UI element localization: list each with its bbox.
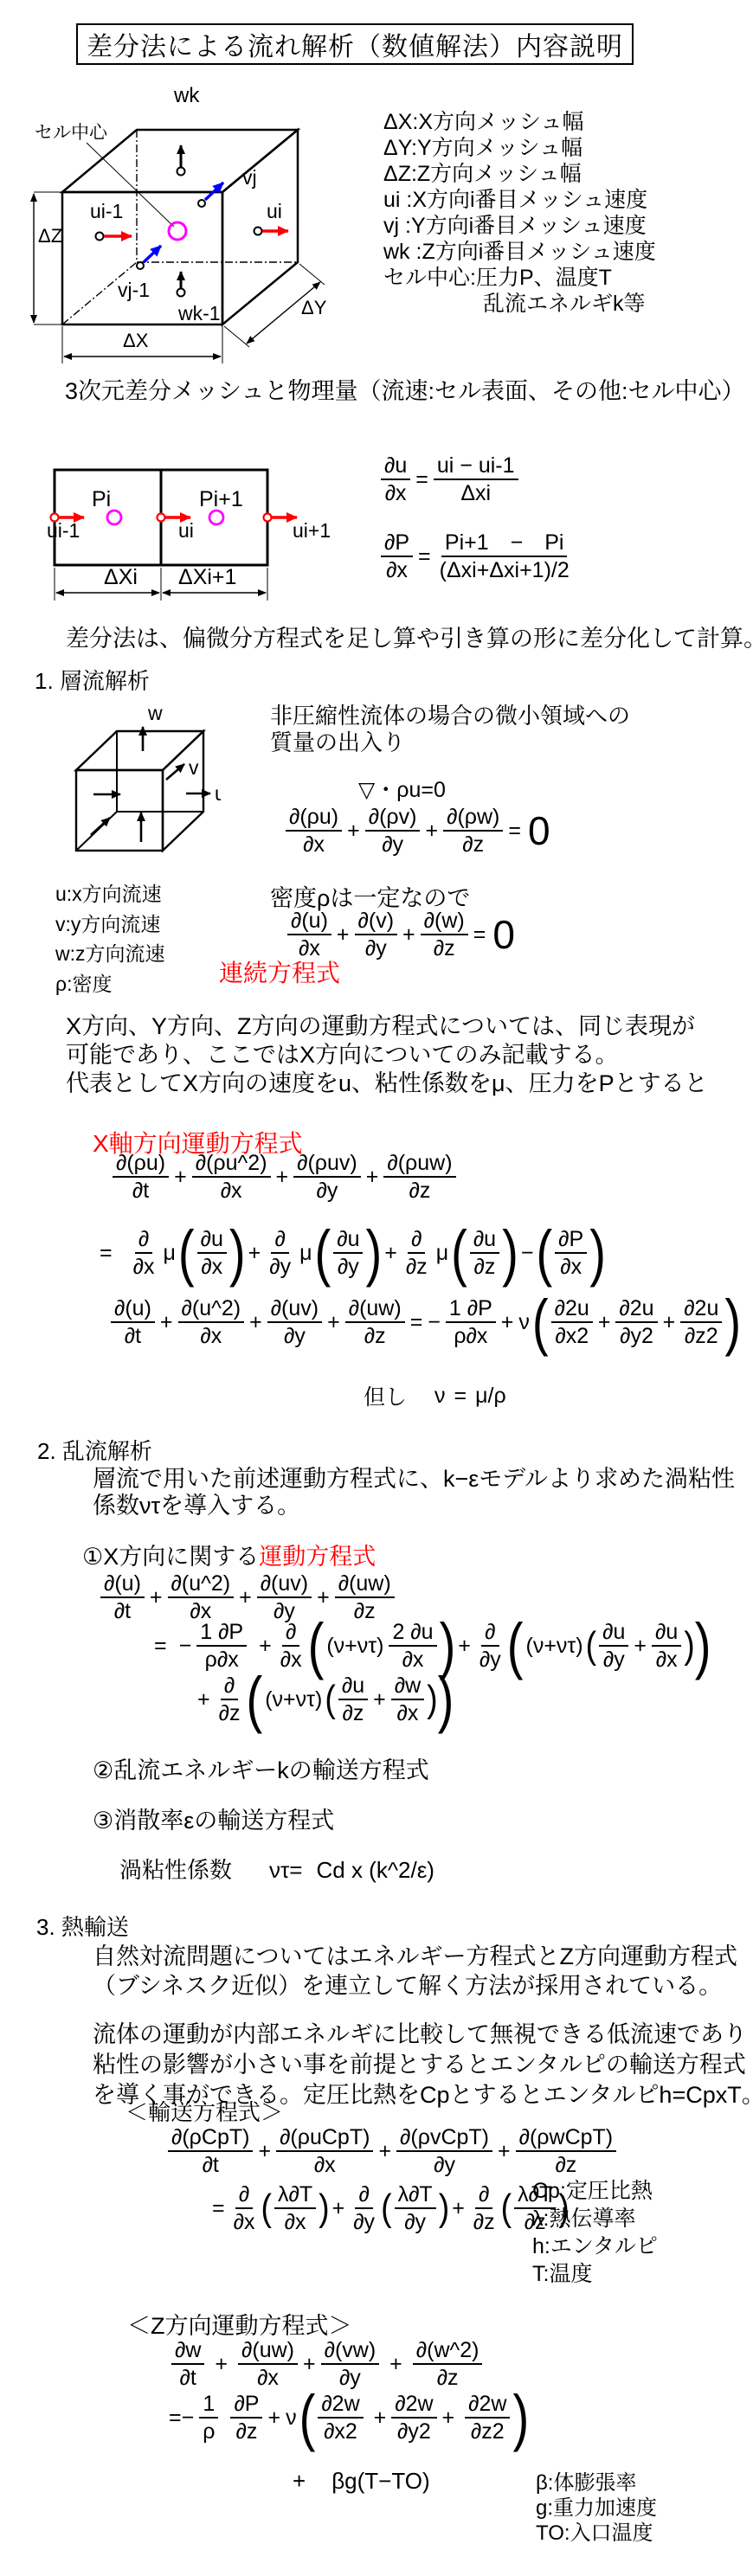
eq-numerator: λ∂T xyxy=(395,2182,436,2209)
eq-numerator: ∂(u^2) xyxy=(178,1296,245,1323)
eddy-viscosity-row: 渦粘性係数 ντ=Cd x (k^2/ε) xyxy=(119,1857,437,1884)
eq-denominator: ∂y xyxy=(362,935,390,960)
eq-token: ∂(uw)∂z xyxy=(345,1296,405,1348)
eq-token: ∂∂x xyxy=(277,1620,306,1672)
para-line: 可能であり、ここではX方向についてのみ記載する。 xyxy=(66,1041,708,1070)
eq-denominator: ∂x xyxy=(399,1647,428,1672)
eq-turb-momentum-2: =−1 ∂Pρ∂x+∂∂x((ν+ντ)2 ∂u∂x)+∂∂y((ν+ντ)(∂… xyxy=(151,1620,711,1672)
eq-token: ) xyxy=(319,2189,330,2226)
eq-token: ∂∂y xyxy=(266,1227,294,1279)
eq-token: ∂∂z xyxy=(402,1227,431,1279)
legend-line: wk :Z方向i番目メッシュ速度 xyxy=(383,239,656,265)
eq-token: ( xyxy=(536,1222,552,1284)
section3-heading: 3. 熱輸送 xyxy=(36,1914,129,1941)
eq-numerator: ∂(uw) xyxy=(335,1571,395,1598)
eq-denominator: ρ∂x xyxy=(450,1323,491,1348)
eq-token: + xyxy=(663,1310,676,1335)
eq-token: ) xyxy=(229,1222,246,1284)
eq-denominator: ∂z xyxy=(459,832,487,857)
eq-denominator: ∂t xyxy=(199,2152,222,2177)
eq-token: ∂(uw)∂z xyxy=(335,1571,395,1623)
eq-enthalpy-1: ∂(ρCpT)∂t+∂(ρuCpT)∂x+∂(ρvCpT)∂y+∂(ρwCpT)… xyxy=(165,2125,619,2177)
vj-1-arrow xyxy=(144,246,161,262)
eq-numerator: ∂(ρvCpT) xyxy=(396,2125,492,2152)
eq-token: =− xyxy=(169,2406,194,2431)
para-line: 層流で用いた前述運動方程式に、k−εモデルより求めた渦粘性 xyxy=(93,1466,735,1493)
eq-token: ∂P∂x xyxy=(555,1227,587,1279)
document-page: 差分法による流れ解析（数値解法）内容説明 wk セル中心 ui-1 ui xyxy=(0,0,753,2576)
legend-line: g:重力加速度 xyxy=(536,2496,657,2521)
eq-token: = xyxy=(454,1384,467,1409)
sec3-paragraph2: 流体の運動が内部エネルギに比較して無視できる低流速であり 粘性の影響が小さい事を… xyxy=(93,2020,753,2110)
legend-line: ΔY:Y方向メッシュ幅 xyxy=(383,135,656,161)
eq-denominator: ∂z xyxy=(434,2365,462,2390)
legend-line: w:z方向流速 xyxy=(55,939,165,969)
dy-ext-front xyxy=(224,326,249,347)
eq-token: ∂2w∂z2 xyxy=(465,2392,510,2444)
eq-token: ) xyxy=(439,2189,450,2226)
eq-token: + xyxy=(337,922,350,948)
eq-denominator: ∂y xyxy=(313,1178,342,1203)
eq-token: − xyxy=(428,1310,441,1335)
flux-cube-diagram: w v u xyxy=(48,703,221,858)
eq-token: + xyxy=(215,2352,228,2377)
eq-denominator: ∂z xyxy=(233,2419,261,2444)
eq-numerator: ∂2w xyxy=(391,2392,436,2419)
eq-numerator: ∂(ρu) xyxy=(286,805,342,832)
eq-token: ∂(v)∂y xyxy=(355,909,398,960)
eq-token: 0 xyxy=(492,915,515,954)
eq-denominator: ρ xyxy=(199,2419,218,2444)
eq-numerator: ∂(u^2) xyxy=(168,1571,235,1598)
continuity-label: 連続方程式 xyxy=(219,959,340,988)
eq-token: + xyxy=(373,1687,386,1712)
v-arrow xyxy=(166,764,184,780)
ui-node xyxy=(254,228,262,235)
eq-numerator: ∂(w^2) xyxy=(413,2338,483,2365)
ui-label: ui xyxy=(267,200,282,222)
mesh-legend: ΔX:X方向メッシュ幅 ΔY:Y方向メッシュ幅 ΔZ:Z方向メッシュ幅 ui :… xyxy=(383,109,656,317)
dz-label: ΔZ xyxy=(38,225,62,247)
eq-numerator: ∂u xyxy=(599,1620,628,1647)
para-line: 係数ντを導入する。 xyxy=(93,1493,735,1519)
eq-token: + xyxy=(425,819,438,844)
eq-denominator: ∂t xyxy=(177,2365,200,2390)
eq-numerator: ∂(u) xyxy=(287,909,331,935)
eq-numerator: Pi+1 − Pi xyxy=(441,530,568,557)
vj-label: vj xyxy=(242,166,257,189)
eq-token: ντ= xyxy=(269,1857,302,1884)
eq-token: ∂∂z xyxy=(470,2182,499,2234)
eq-numerator: ∂(vw) xyxy=(321,2338,380,2365)
eq-continuity: ∂(u)∂x+∂(v)∂y+∂(w)∂z=0 xyxy=(285,909,515,960)
eq-numerator: ∂u xyxy=(333,1227,363,1254)
eq-numerator: ∂(uv) xyxy=(257,1571,312,1598)
eq-denominator: ∂y xyxy=(336,2365,364,2390)
velocity-legend: u:x方向流速 v:y方向流速 w:z方向流速 ρ:密度 xyxy=(55,879,165,999)
eq-token: + xyxy=(374,2406,387,2431)
eq-denominator: ∂z xyxy=(361,1323,389,1348)
eq-denominator: ∂z xyxy=(406,1178,434,1203)
eq-token: + xyxy=(458,1634,471,1659)
eq-token: ) xyxy=(724,1291,741,1353)
eq-denominator: ∂x xyxy=(394,1700,422,1725)
eq-denominator: ∂y xyxy=(600,1647,628,1672)
eq-token: ∂(u^2)∂x xyxy=(178,1296,245,1348)
eq-token: + xyxy=(303,2352,316,2377)
eq-token: ∂P∂z xyxy=(230,2392,262,2444)
eq-numerator: ∂(w) xyxy=(421,909,468,935)
eq-turb-momentum-1: ∂(u)∂t+∂(u^2)∂x+∂(uv)∂y+∂(uw)∂z xyxy=(98,1571,397,1623)
eq-token: ∂(ρuw)∂z xyxy=(383,1151,455,1203)
eq-token: ∂w∂t xyxy=(171,2338,204,2390)
eq-denominator: ∂x xyxy=(653,1647,681,1672)
ui-1-label: ui-1 xyxy=(47,519,80,542)
eq-token: ) xyxy=(427,1680,438,1718)
eq-token: ∂(ρvCpT)∂y xyxy=(396,2125,492,2177)
pi-label: Pi xyxy=(92,487,111,511)
eq-token: ∂∂x xyxy=(230,2182,259,2234)
legend-line: 乱流エネルギk等 xyxy=(383,291,656,317)
eq-token: ∂2u∂z2 xyxy=(680,1296,722,1348)
eq-denominator: ∂x2 xyxy=(551,1323,592,1348)
para-line: 流体の運動が内部エネルギに比較して無視できる低流速であり xyxy=(93,2020,753,2050)
legend-line: ΔZ:Z方向メッシュ幅 xyxy=(383,161,656,187)
eq-token: ( xyxy=(299,2386,316,2449)
eq-zmomentum-2: =−1ρ∂P∂z+ν(∂2w∂x2+∂2w∂y2+∂2w∂z2) xyxy=(166,2392,529,2444)
eq-numerator: 1 xyxy=(199,2392,218,2419)
eq-token: ui − ui-1Δxi xyxy=(434,453,518,505)
u-label: u xyxy=(215,782,221,805)
eq-token: ( xyxy=(501,2189,512,2226)
eq-momentum-2: =∂∂xμ(∂u∂x)+∂∂yμ(∂u∂y)+∂∂zμ(∂u∂z)−(∂P∂x) xyxy=(97,1227,606,1279)
eq-numerator: ∂ xyxy=(475,2182,492,2209)
legend-line: Cp:定圧比熱 xyxy=(532,2177,658,2205)
eq-token: ∂P∂x xyxy=(381,530,413,582)
eq-token: ∂(ρCpT)∂t xyxy=(168,2125,253,2177)
cell-center-marker xyxy=(169,222,186,240)
eq-denominator: ∂y2 xyxy=(394,2419,434,2444)
difference-note: 差分法は、偏微分方程式を足し算や引き算の形に差分化して計算。 xyxy=(66,625,753,652)
eq-denominator: ∂x xyxy=(230,2209,259,2234)
sec1-paragraph: X方向、Y方向、Z方向の運動方程式については、同じ表現が 可能であり、ここではX… xyxy=(66,1012,708,1098)
eq-denominator: ∂z2 xyxy=(467,2419,508,2444)
eq-numerator: ∂ xyxy=(481,1620,499,1647)
eq-token: μ xyxy=(163,1241,175,1266)
eq-token: (ν+ντ) xyxy=(526,1634,583,1659)
cell-center-label: セル中心 xyxy=(35,123,108,143)
eq-denominator: ∂y xyxy=(401,2209,429,2234)
eq-turb-momentum-3: +∂∂z((ν+ντ)(∂u∂z+∂w∂x)) xyxy=(195,1673,454,1725)
eq-numerator: ∂(v) xyxy=(355,909,398,935)
eq-numerator: ∂2u xyxy=(551,1296,593,1323)
eq-zmomentum-1: ∂w∂t+∂(uw)∂x+∂(vw)∂y+∂(w^2)∂z xyxy=(169,2338,485,2390)
eq-numerator: ∂(ρCpT) xyxy=(168,2125,253,2152)
eq-token: ∂(w)∂z xyxy=(421,909,468,960)
eq-numerator: ∂(ρw) xyxy=(443,805,503,832)
eq-token: 1 ∂Pρ∂x xyxy=(446,1296,496,1348)
eq-denominator: ∂z xyxy=(470,2209,499,2234)
eq-token: + xyxy=(327,1310,340,1335)
eq-denominator: ∂x xyxy=(383,557,411,582)
eq-numerator: ∂(ρwCpT) xyxy=(516,2125,617,2152)
eq-numerator: ∂ xyxy=(235,2182,253,2209)
pi1-label: Pi+1 xyxy=(199,487,243,511)
eq-denominator: ∂x xyxy=(277,1647,306,1672)
eq-token: ∂∂z xyxy=(216,1673,244,1725)
ui-1-label: ui-1 xyxy=(90,200,123,222)
sec2-item1: ①X方向に関する運動方程式 xyxy=(82,1543,376,1571)
pi-center-marker xyxy=(107,511,121,524)
eq-token: = xyxy=(154,1634,167,1659)
two-cell-diagram: Pi Pi+1 ui-1 ui ui+1 ΔXi ΔXi+1 xyxy=(35,457,398,608)
eddy-label: 渦粘性係数 xyxy=(119,1857,232,1884)
ui-1-node xyxy=(96,233,104,241)
eq-token: + xyxy=(378,2139,391,2164)
mesh-cell-diagram: wk セル中心 ui-1 ui vj vj-1 wk-1 ΔZ ΔX xyxy=(16,69,362,368)
legend-line: vj :Y方向i番目メッシュ速度 xyxy=(383,213,656,239)
eq-denominator: ρ∂x xyxy=(202,1647,242,1672)
eq-numerator: λ∂T xyxy=(274,2182,316,2209)
eq-denominator: ∂y2 xyxy=(616,1323,657,1348)
legend-line: h:エンタルピ xyxy=(532,2232,658,2260)
eq-token: + xyxy=(276,1165,289,1190)
legend-line: u:x方向流速 xyxy=(55,879,165,909)
eq-numerator: ∂2u xyxy=(615,1296,657,1323)
eq-token: ∂(ρuv)∂y xyxy=(293,1151,361,1203)
eq-token: = xyxy=(415,467,428,492)
wk-node xyxy=(177,168,185,176)
eq-denominator: ∂y xyxy=(430,2152,459,2177)
eq-numerator: 1 ∂P xyxy=(196,1620,247,1647)
eq-denominator: ∂x xyxy=(382,480,410,505)
diagram1-caption: 3次元差分メッシュと物理量（流速:セル表面、その他:セル中心） xyxy=(65,377,744,405)
zdir-heading: ＜Z方向運動方程式＞ xyxy=(127,2312,352,2340)
eq-token: ∂(ρu^2)∂x xyxy=(192,1151,271,1203)
dy-ext-back xyxy=(299,264,325,285)
eq-denominator: ∂x xyxy=(557,1254,585,1279)
eq-numerator: ∂(ρu) xyxy=(113,1151,169,1178)
eq-token: = xyxy=(212,2196,225,2221)
legend-line: TO:入口温度 xyxy=(536,2521,657,2546)
eq-token: ( xyxy=(308,1615,325,1677)
eq-token: ∂(ρw)∂z xyxy=(443,805,503,857)
para-line: 代表としてX方向の速度をu、粘性係数をμ、圧力をPとすると xyxy=(66,1070,708,1098)
eq-token: + xyxy=(402,922,415,948)
eq-token: μ/ρ xyxy=(475,1384,506,1409)
para-line: X方向、Y方向、Z方向の運動方程式については、同じ表現が xyxy=(66,1012,708,1041)
eq-numerator: ∂u xyxy=(197,1227,227,1254)
eq-token: (ν+ντ) xyxy=(265,1687,322,1712)
eq-token: ∂(u^2)∂x xyxy=(168,1571,235,1623)
eq-numerator: ∂ xyxy=(355,2182,372,2209)
eq-token: + xyxy=(174,1165,187,1190)
eq-token: ∂∂y xyxy=(476,1620,505,1672)
eq-token: + xyxy=(249,1310,262,1335)
v-in-arrow xyxy=(91,818,110,835)
eq-token: + xyxy=(150,1585,163,1610)
eq-token: 0 xyxy=(528,811,550,851)
eq-zmomentum-3: +βg(T−TO) xyxy=(290,2468,433,2495)
eq-token: ( xyxy=(532,1291,549,1353)
eq-token: + xyxy=(452,2196,465,2221)
eq-numerator: ∂(ρv) xyxy=(365,805,421,832)
dx-label: ΔX xyxy=(123,330,149,351)
eq-numerator: ∂w xyxy=(391,1673,424,1700)
eq-numerator: ∂u xyxy=(338,1673,368,1700)
para-line: （ブシネスク近似）を連立して解く方法が採用されている。 xyxy=(93,1971,737,2001)
eq-numerator: ∂(uw) xyxy=(345,1296,405,1323)
eq-token: ( xyxy=(246,1668,262,1731)
eq-token: ∂∂x xyxy=(130,1227,158,1279)
eq-token: + xyxy=(197,1687,210,1712)
legend-line: ρ:密度 xyxy=(55,969,165,999)
eq-denominator: ∂x2 xyxy=(320,2419,361,2444)
eq-numerator: ∂ xyxy=(282,1620,299,1647)
eq-denominator: (Δxi+Δxi+1)/2 xyxy=(436,557,573,582)
eq-numerator: ∂w xyxy=(171,2338,204,2365)
eq-numerator: ∂P xyxy=(230,2392,262,2419)
eq-denominator: ∂x xyxy=(281,2209,310,2234)
section1-heading: 1. 層流解析 xyxy=(35,668,150,695)
eq-token: ν xyxy=(434,1384,446,1409)
eq-token: + xyxy=(267,2406,280,2431)
eq-token: + xyxy=(332,2196,345,2221)
eq-numerator: ∂u xyxy=(470,1227,499,1254)
eq-numerator: ∂(ρuw) xyxy=(383,1151,455,1178)
eq-token: = xyxy=(100,1241,113,1266)
legend-line: ΔX:X方向メッシュ幅 xyxy=(383,109,656,135)
eq-denominator: ∂y xyxy=(350,2209,378,2234)
eq-denominator: ∂x xyxy=(254,2365,282,2390)
eq-token: ) xyxy=(438,1668,454,1731)
eq-du-dx: ∂u∂x=ui − ui-1Δxi xyxy=(378,453,521,505)
eq-denominator: ∂z xyxy=(339,1700,368,1725)
eq-denominator: ∂z xyxy=(430,935,459,960)
eq-token: Cd x (k^2/ε) xyxy=(316,1857,434,1884)
eq-numerator: 2 ∂u xyxy=(389,1620,436,1647)
eq-denominator: ∂x xyxy=(217,1178,246,1203)
buoyancy-legend: β:体膨張率 g:重力加速度 TO:入口温度 xyxy=(536,2470,657,2546)
eq-numerator: ∂u xyxy=(652,1620,681,1647)
eq-token: + xyxy=(347,819,360,844)
eq-token: 但し xyxy=(364,1380,407,1411)
wk-1-node xyxy=(177,289,185,297)
vj-1-node xyxy=(137,262,144,269)
legend-line: λ:熱伝導率 xyxy=(532,2205,658,2232)
section2-heading: 2. 乱流解析 xyxy=(37,1438,152,1465)
eq-denominator: ∂y xyxy=(280,1323,309,1348)
vj-node xyxy=(198,200,205,207)
eq-denominator: ∂z xyxy=(551,2152,580,2177)
eq-token: ∂u∂x xyxy=(197,1227,227,1279)
heat-legend: Cp:定圧比熱 λ:熱伝導率 h:エンタルピ T:温度 xyxy=(532,2177,658,2288)
w-label: w xyxy=(147,703,163,724)
eq-token: ) xyxy=(512,2386,529,2449)
eq-numerator: ∂u xyxy=(381,453,410,480)
eq-numerator: ∂(uw) xyxy=(238,2338,298,2365)
nabla-equation: ▽・ρu=0 xyxy=(358,777,446,803)
eq-token: = xyxy=(410,1310,423,1335)
eq-token: + xyxy=(259,1634,272,1659)
eq-token: ∂2w∂x2 xyxy=(318,2392,363,2444)
eq-token: βg(T−TO) xyxy=(331,2468,429,2495)
legend-line: T:温度 xyxy=(532,2260,658,2288)
legend-line: v:y方向流速 xyxy=(55,909,165,940)
page-title: 差分法による流れ解析（数値解法）内容説明 xyxy=(87,25,623,63)
eq-token: λ∂T∂x xyxy=(274,2182,316,2234)
eq-token: + xyxy=(498,2139,511,2164)
eq-denominator: ∂z xyxy=(402,1254,431,1279)
wk-label: wk xyxy=(173,84,200,107)
eq-token: 1ρ xyxy=(199,2392,218,2444)
eq-token: ) xyxy=(684,1627,695,1664)
eq-token: ∂u∂x xyxy=(381,453,410,505)
eq-token: = xyxy=(473,922,486,948)
eq-token: ∂(ρu)∂t xyxy=(113,1151,169,1203)
eq-token: ∂(ρuCpT)∂x xyxy=(276,2125,373,2177)
eq-token: ∂u∂z xyxy=(338,1673,368,1725)
eq-token: + xyxy=(248,1241,261,1266)
eq-token: ∂u∂y xyxy=(333,1227,363,1279)
eq-numerator: ∂2w xyxy=(465,2392,510,2419)
eq-denominator: ∂x xyxy=(130,1254,158,1279)
eq-token: ( xyxy=(451,1222,467,1284)
wk-1-label: wk-1 xyxy=(177,302,221,324)
sec2-paragraph: 層流で用いた前述運動方程式に、k−εモデルより求めた渦粘性 係数ντを導入する。 xyxy=(93,1466,735,1519)
ui1-label: ui+1 xyxy=(293,519,331,542)
eq-momentum-3: ∂(u)∂t+∂(u^2)∂x+∂(uv)∂y+∂(uw)∂z=−1 ∂Pρ∂x… xyxy=(108,1296,741,1348)
item1-red: 運動方程式 xyxy=(259,1544,376,1570)
eq-denominator: ∂z xyxy=(471,1254,499,1279)
eq-denominator: ∂y xyxy=(334,1254,363,1279)
eq-token: ∂u∂y xyxy=(599,1620,628,1672)
eq-nu-definition: 但しν=μ/ρ xyxy=(361,1380,509,1411)
eq-denominator: ∂t xyxy=(111,1598,134,1623)
eq-token: ∂(u)∂t xyxy=(100,1571,145,1623)
eq-token: 2 ∂u∂x xyxy=(389,1620,436,1672)
eq-token: + xyxy=(634,1634,647,1659)
legend-line: β:体膨張率 xyxy=(536,2470,657,2496)
eq-token: + xyxy=(389,2352,402,2377)
eq-numerator: ∂(ρuCpT) xyxy=(276,2125,373,2152)
eq-denominator: ∂y xyxy=(266,1254,294,1279)
eq-numerator: ∂ xyxy=(408,1227,425,1254)
eq-token: = xyxy=(418,544,431,569)
eq-denominator: ∂t xyxy=(129,1178,152,1203)
eq-token: ∂(uw)∂x xyxy=(238,2338,298,2390)
eq-numerator: ∂ xyxy=(271,1227,288,1254)
sec2-item3: ③消散率εの輸送方程式 xyxy=(93,1807,334,1834)
eq-denominator: ∂z2 xyxy=(681,1323,722,1348)
vj-1-label: vj-1 xyxy=(118,279,150,301)
title-box: 差分法による流れ解析（数値解法）内容説明 xyxy=(76,23,634,65)
eq-numerator: ∂P xyxy=(555,1227,587,1254)
eq-token: ∂∂y xyxy=(350,2182,378,2234)
sec1-intro: 非圧縮性流体の場合の微小領域への 質量の出入り xyxy=(270,703,630,756)
eq-token: ( xyxy=(586,1627,597,1664)
dy-label: ΔY xyxy=(301,297,327,318)
sec2-item2: ②乱流エネルギーkの輸送方程式 xyxy=(93,1757,429,1784)
eq-numerator: ∂2u xyxy=(680,1296,722,1323)
eq-token: + xyxy=(160,1310,173,1335)
intro-line: 非圧縮性流体の場合の微小領域への xyxy=(270,703,630,729)
dxi1-label: ΔXi+1 xyxy=(178,565,236,589)
eq-token: + xyxy=(442,2406,455,2431)
eq-token: ) xyxy=(589,1222,606,1284)
eq-numerator: ∂(ρuv) xyxy=(293,1151,361,1178)
eq-denominator: ∂y xyxy=(378,832,407,857)
